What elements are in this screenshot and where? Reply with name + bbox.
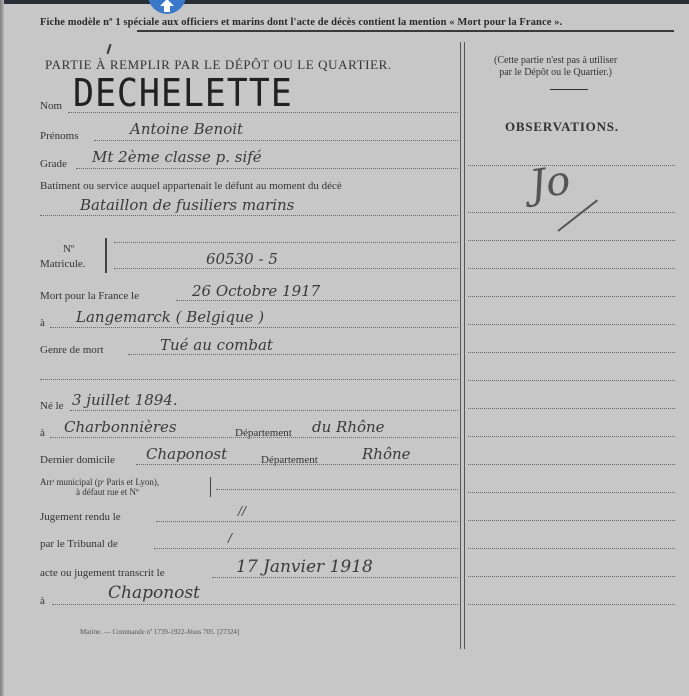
matricule-line-top (114, 242, 458, 243)
prenoms-value: Antoine Benoit (130, 120, 243, 138)
grade-label: Grade (40, 158, 67, 170)
matricule-brace (105, 238, 107, 273)
jugement-line (156, 521, 458, 522)
observation-line (468, 212, 675, 213)
right-section-note: (Cette partie n'est pas à utiliser par l… (494, 55, 617, 79)
departement-naissance-value: du Rhône (312, 418, 385, 436)
prenoms-line (94, 140, 458, 141)
tribunal-line (154, 548, 458, 549)
lieu-deces-label: à (40, 317, 45, 329)
mort-line (176, 300, 458, 301)
ne-le-label: Né le (40, 400, 64, 412)
observation-line (468, 380, 675, 381)
observation-handwritten-mark: Jo (527, 157, 573, 208)
nom-value: DECHELETTE (73, 73, 293, 113)
right-note-line2: par le Dépôt ou le Quartier.) (494, 67, 617, 79)
ne-le-line (70, 410, 458, 411)
matricule-value: 60530 - 5 (206, 250, 278, 268)
tribunal-label: par le Tribunal de (40, 538, 118, 550)
dernier-domicile-value: Chaponost (146, 445, 227, 463)
header-underline (137, 30, 674, 32)
observation-line (468, 520, 675, 521)
batiment-label: Batiment ou service auquel appartenait l… (40, 180, 342, 192)
prenoms-label: Prénoms (40, 130, 79, 142)
printer-footer: Marine. — Commande nº 1739-1922-Jésus 70… (80, 628, 239, 636)
matricule-line-bottom (114, 268, 458, 269)
grade-value: Mt 2ème classe p. sifé (92, 148, 262, 166)
scroll-up-button[interactable] (148, 0, 186, 14)
dernier-domicile-line (136, 464, 458, 465)
observation-line (468, 324, 675, 325)
arrondissement-label-line2: à défaut rue et Nº (40, 487, 159, 497)
lieu-deces-line (50, 327, 458, 328)
right-note-line1: (Cette partie n'est pas à utiliser (494, 55, 617, 67)
column-divider (460, 42, 465, 649)
nom-line (68, 112, 458, 113)
transcrit-lieu-label: à (40, 595, 45, 607)
observation-line (468, 240, 675, 241)
tribunal-value: / (228, 531, 232, 545)
transcrit-lieu-value: Chaponost (108, 583, 200, 603)
genre-mort-line (128, 354, 458, 355)
transcrit-lieu-line (52, 604, 458, 605)
observation-line (468, 268, 675, 269)
transcrit-value: 17 Janvier 1918 (236, 557, 373, 577)
observation-line (468, 296, 675, 297)
mort-label: Mort pour la France le (40, 290, 139, 302)
departement-domicile-value: Rhône (362, 445, 411, 463)
batiment-value: Bataillon de fusiliers marins (80, 196, 294, 214)
observation-line (468, 464, 675, 465)
accent-mark (107, 44, 112, 54)
mort-date-value: 26 Octobre 1917 (192, 282, 320, 300)
viewer-top-bar (0, 0, 689, 4)
card-header: Fiche modèle nº 1 spéciale aux officiers… (40, 17, 680, 28)
matricule-no-label: Nº (63, 243, 74, 255)
genre-mort-label: Genre de mort (40, 344, 104, 356)
observation-line (468, 492, 675, 493)
transcrit-label: acte ou jugement transcrit le (40, 567, 165, 579)
grade-line (76, 168, 458, 169)
lieu-naissance-line (50, 437, 458, 438)
lieu-deces-value: Langemarck ( Belgique ) (76, 308, 264, 326)
observation-line (468, 352, 675, 353)
observations-title: OBSERVATIONS. (505, 119, 619, 135)
ne-le-value: 3 juillet 1894. (72, 391, 178, 409)
arrondissement-label: Arrᵗ municipal (pʳ Paris et Lyon), à déf… (40, 477, 159, 497)
arrow-up-icon (160, 0, 174, 12)
observation-line (468, 604, 675, 605)
scan-left-edge (0, 0, 4, 696)
matricule-label: Matricule. (40, 258, 86, 270)
jugement-value: // (238, 504, 246, 518)
lieu-naissance-value: Charbonnières (64, 418, 177, 436)
observation-line (468, 165, 675, 166)
observation-line (468, 436, 675, 437)
genre-mort-value: Tué au combat (160, 336, 273, 354)
arrondissement-brace (210, 477, 211, 497)
arrondissement-label-line1: Arrᵗ municipal (pʳ Paris et Lyon), (40, 477, 159, 487)
separator-line (40, 379, 458, 380)
observation-line (468, 576, 675, 577)
right-note-rule (550, 89, 588, 90)
lieu-naissance-label: à (40, 427, 45, 439)
batiment-line (40, 215, 458, 216)
arrondissement-line (216, 489, 458, 490)
jugement-label: Jugement rendu le (40, 511, 121, 523)
dernier-domicile-label: Dernier domicile (40, 454, 115, 466)
transcrit-line (212, 577, 458, 578)
observation-line (468, 548, 675, 549)
nom-label: Nom (40, 100, 62, 112)
observation-line (468, 408, 675, 409)
